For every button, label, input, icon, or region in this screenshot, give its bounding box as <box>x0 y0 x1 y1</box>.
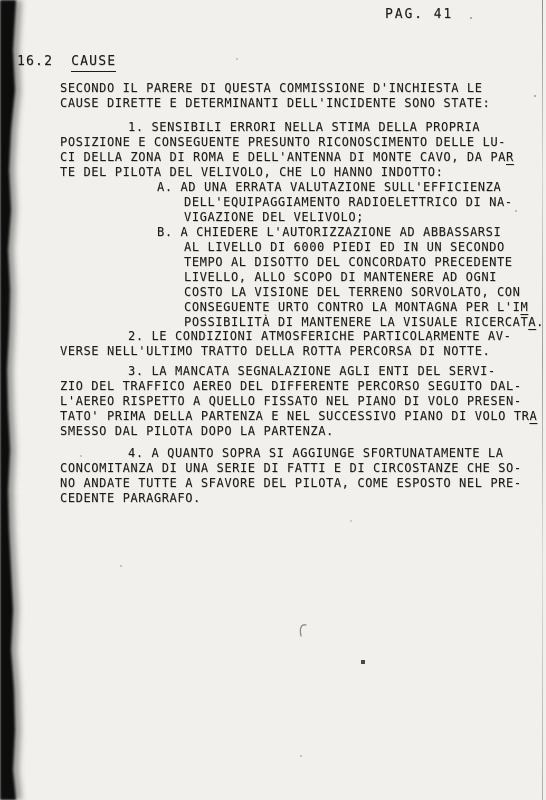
text-segment: SECONDO IL PARERE DI QUESTA COMMISSIONE … <box>60 81 483 95</box>
text-segment: B. A CHIEDERE L'AUTORIZZAZIONE AD ABBASS… <box>157 225 501 239</box>
text-line: TATO' PRIMA DELLA PARTENZA E NEL SUCCESS… <box>60 409 537 424</box>
text-line: COSTO LA VISIONE DEL TERRENO SORVOLATO, … <box>184 285 520 300</box>
text-segment: A. AD UNA ERRATA VALUTAZIONE SULL'EFFICI… <box>157 180 501 194</box>
text-line: 4. A QUANTO SOPRA SI AGGIUNGE SFORTUNATA… <box>128 446 504 461</box>
scanned-document-page: PAG. 41 16.2CAUSE SECONDO IL PARERE DI Q… <box>0 0 546 800</box>
text-line: AL LIVELLO DI 6000 PIEDI ED IN UN SECOND… <box>184 240 505 255</box>
text-line: TEMPO AL DISOTTO DEL CONCORDATO PRECEDEN… <box>184 255 513 270</box>
text-line: LIVELLO, ALLO SCOPO DI MANTENERE AD OGNI <box>184 270 497 285</box>
text-segment: NO ANDATE TUTTE A SFAVORE DEL PILOTA, CO… <box>60 476 522 490</box>
text-line: CAUSE DIRETTE E DETERMINANTI DELL'INCIDE… <box>60 96 490 111</box>
section-number: 16.2 <box>17 54 53 69</box>
text-segment: POSIZIONE E CONSEGUENTE PRESUNTO RICONOS… <box>60 135 506 149</box>
text-segment: SMESSO DAL PILOTA DOPO LA PARTENZA. <box>60 424 334 438</box>
binding-edge-shadow <box>0 0 32 800</box>
stray-pen-mark <box>295 620 315 642</box>
text-segment: CONCOMITANZA DI UNA SERIE DI FATTI E DI … <box>60 461 522 475</box>
text-segment: CAUSE DIRETTE E DETERMINANTI DELL'INCIDE… <box>60 96 490 110</box>
text-line: VERSE NELL'ULTIMO TRATTO DELLA ROTTA PER… <box>60 344 490 359</box>
text-line: TE DEL PILOTA DEL VELIVOLO, CHE LO HANNO… <box>60 165 443 180</box>
text-line: 1. SENSIBILI ERRORI NELLA STIMA DELLA PR… <box>128 120 480 135</box>
text-line: POSSIBILITÀ DI MANTENERE LA VISUALE RICE… <box>184 315 544 330</box>
text-line: B. A CHIEDERE L'AUTORIZZAZIONE AD ABBASS… <box>157 225 501 240</box>
section-title: CAUSE <box>71 54 116 72</box>
text-segment: CI DELLA ZONA DI ROMA E DELL'ANTENNA DI … <box>60 150 506 164</box>
text-segment: TEMPO AL DISOTTO DEL CONCORDATO PRECEDEN… <box>184 255 513 269</box>
underlined-letter: A <box>529 409 537 423</box>
text-segment: CEDENTE PARAGRAFO. <box>60 491 201 505</box>
text-line: SECONDO IL PARERE DI QUESTA COMMISSIONE … <box>60 81 483 96</box>
text-segment: AL LIVELLO DI 6000 PIEDI ED IN UN SECOND… <box>184 240 505 254</box>
page-number-label: PAG. 41 <box>385 7 453 22</box>
text-line: NO ANDATE TUTTE A SFAVORE DEL PILOTA, CO… <box>60 476 522 491</box>
text-line: DELL'EQUIPAGGIAMENTO RADIOELETTRICO DI N… <box>184 195 513 210</box>
text-segment: LIVELLO, ALLO SCOPO DI MANTENERE AD OGNI <box>184 270 497 284</box>
text-segment: TATO' PRIMA DELLA PARTENZA E NEL SUCCESS… <box>60 409 529 423</box>
text-line: 3. LA MANCATA SEGNALAZIONE AGLI ENTI DEL… <box>128 364 496 379</box>
text-line: SMESSO DAL PILOTA DOPO LA PARTENZA. <box>60 424 334 439</box>
text-line: ZIO DEL TRAFFICO AEREO DEL DIFFERENTE PE… <box>60 379 522 394</box>
underlined-letter: A <box>528 315 536 329</box>
text-segment: COSTO LA VISIONE DEL TERRENO SORVOLATO, … <box>184 285 520 299</box>
page-edge-line <box>542 0 543 800</box>
paper-noise-specks <box>0 0 2 2</box>
text-segment: 2. LE CONDIZIONI ATMOSFERICHE PARTICOLAR… <box>128 329 511 343</box>
text-segment: 1. SENSIBILI ERRORI NELLA STIMA DELLA PR… <box>128 120 480 134</box>
underlined-letter: M <box>520 300 528 314</box>
text-line: A. AD UNA ERRATA VALUTAZIONE SULL'EFFICI… <box>157 180 501 195</box>
text-segment: ZIO DEL TRAFFICO AEREO DEL DIFFERENTE PE… <box>60 379 522 393</box>
text-line: CONSEGUENTE URTO CONTRO LA MONTAGNA PER … <box>184 300 528 315</box>
text-segment: POSSIBILITÀ DI MANTENERE LA VISUALE RICE… <box>184 315 528 329</box>
text-segment: VERSE NELL'ULTIMO TRATTO DELLA ROTTA PER… <box>60 344 490 358</box>
text-segment: L'AEREO RISPETTO A QUELLO FISSATO NEL PI… <box>60 394 522 408</box>
underlined-letter: R <box>506 150 514 164</box>
text-segment: CONSEGUENTE URTO CONTRO LA MONTAGNA PER … <box>184 300 520 314</box>
text-segment: 4. A QUANTO SOPRA SI AGGIUNGE SFORTUNATA… <box>128 446 504 460</box>
text-line: L'AEREO RISPETTO A QUELLO FISSATO NEL PI… <box>60 394 522 409</box>
text-segment: VIGAZIONE DEL VELIVOLO; <box>184 210 364 224</box>
section-heading: 16.2CAUSE <box>17 54 116 69</box>
text-line: CONCOMITANZA DI UNA SERIE DI FATTI E DI … <box>60 461 522 476</box>
text-line: CEDENTE PARAGRAFO. <box>60 491 201 506</box>
text-segment: 3. LA MANCATA SEGNALAZIONE AGLI ENTI DEL… <box>128 364 496 378</box>
text-line: VIGAZIONE DEL VELIVOLO; <box>184 210 364 225</box>
text-line: POSIZIONE E CONSEGUENTE PRESUNTO RICONOS… <box>60 135 506 150</box>
text-line: 2. LE CONDIZIONI ATMOSFERICHE PARTICOLAR… <box>128 329 511 344</box>
text-segment: . <box>536 315 544 329</box>
text-segment: TE DEL PILOTA DEL VELIVOLO, CHE LO HANNO… <box>60 165 443 179</box>
text-segment: DELL'EQUIPAGGIAMENTO RADIOELETTRICO DI N… <box>184 195 513 209</box>
text-line: CI DELLA ZONA DI ROMA E DELL'ANTENNA DI … <box>60 150 514 165</box>
